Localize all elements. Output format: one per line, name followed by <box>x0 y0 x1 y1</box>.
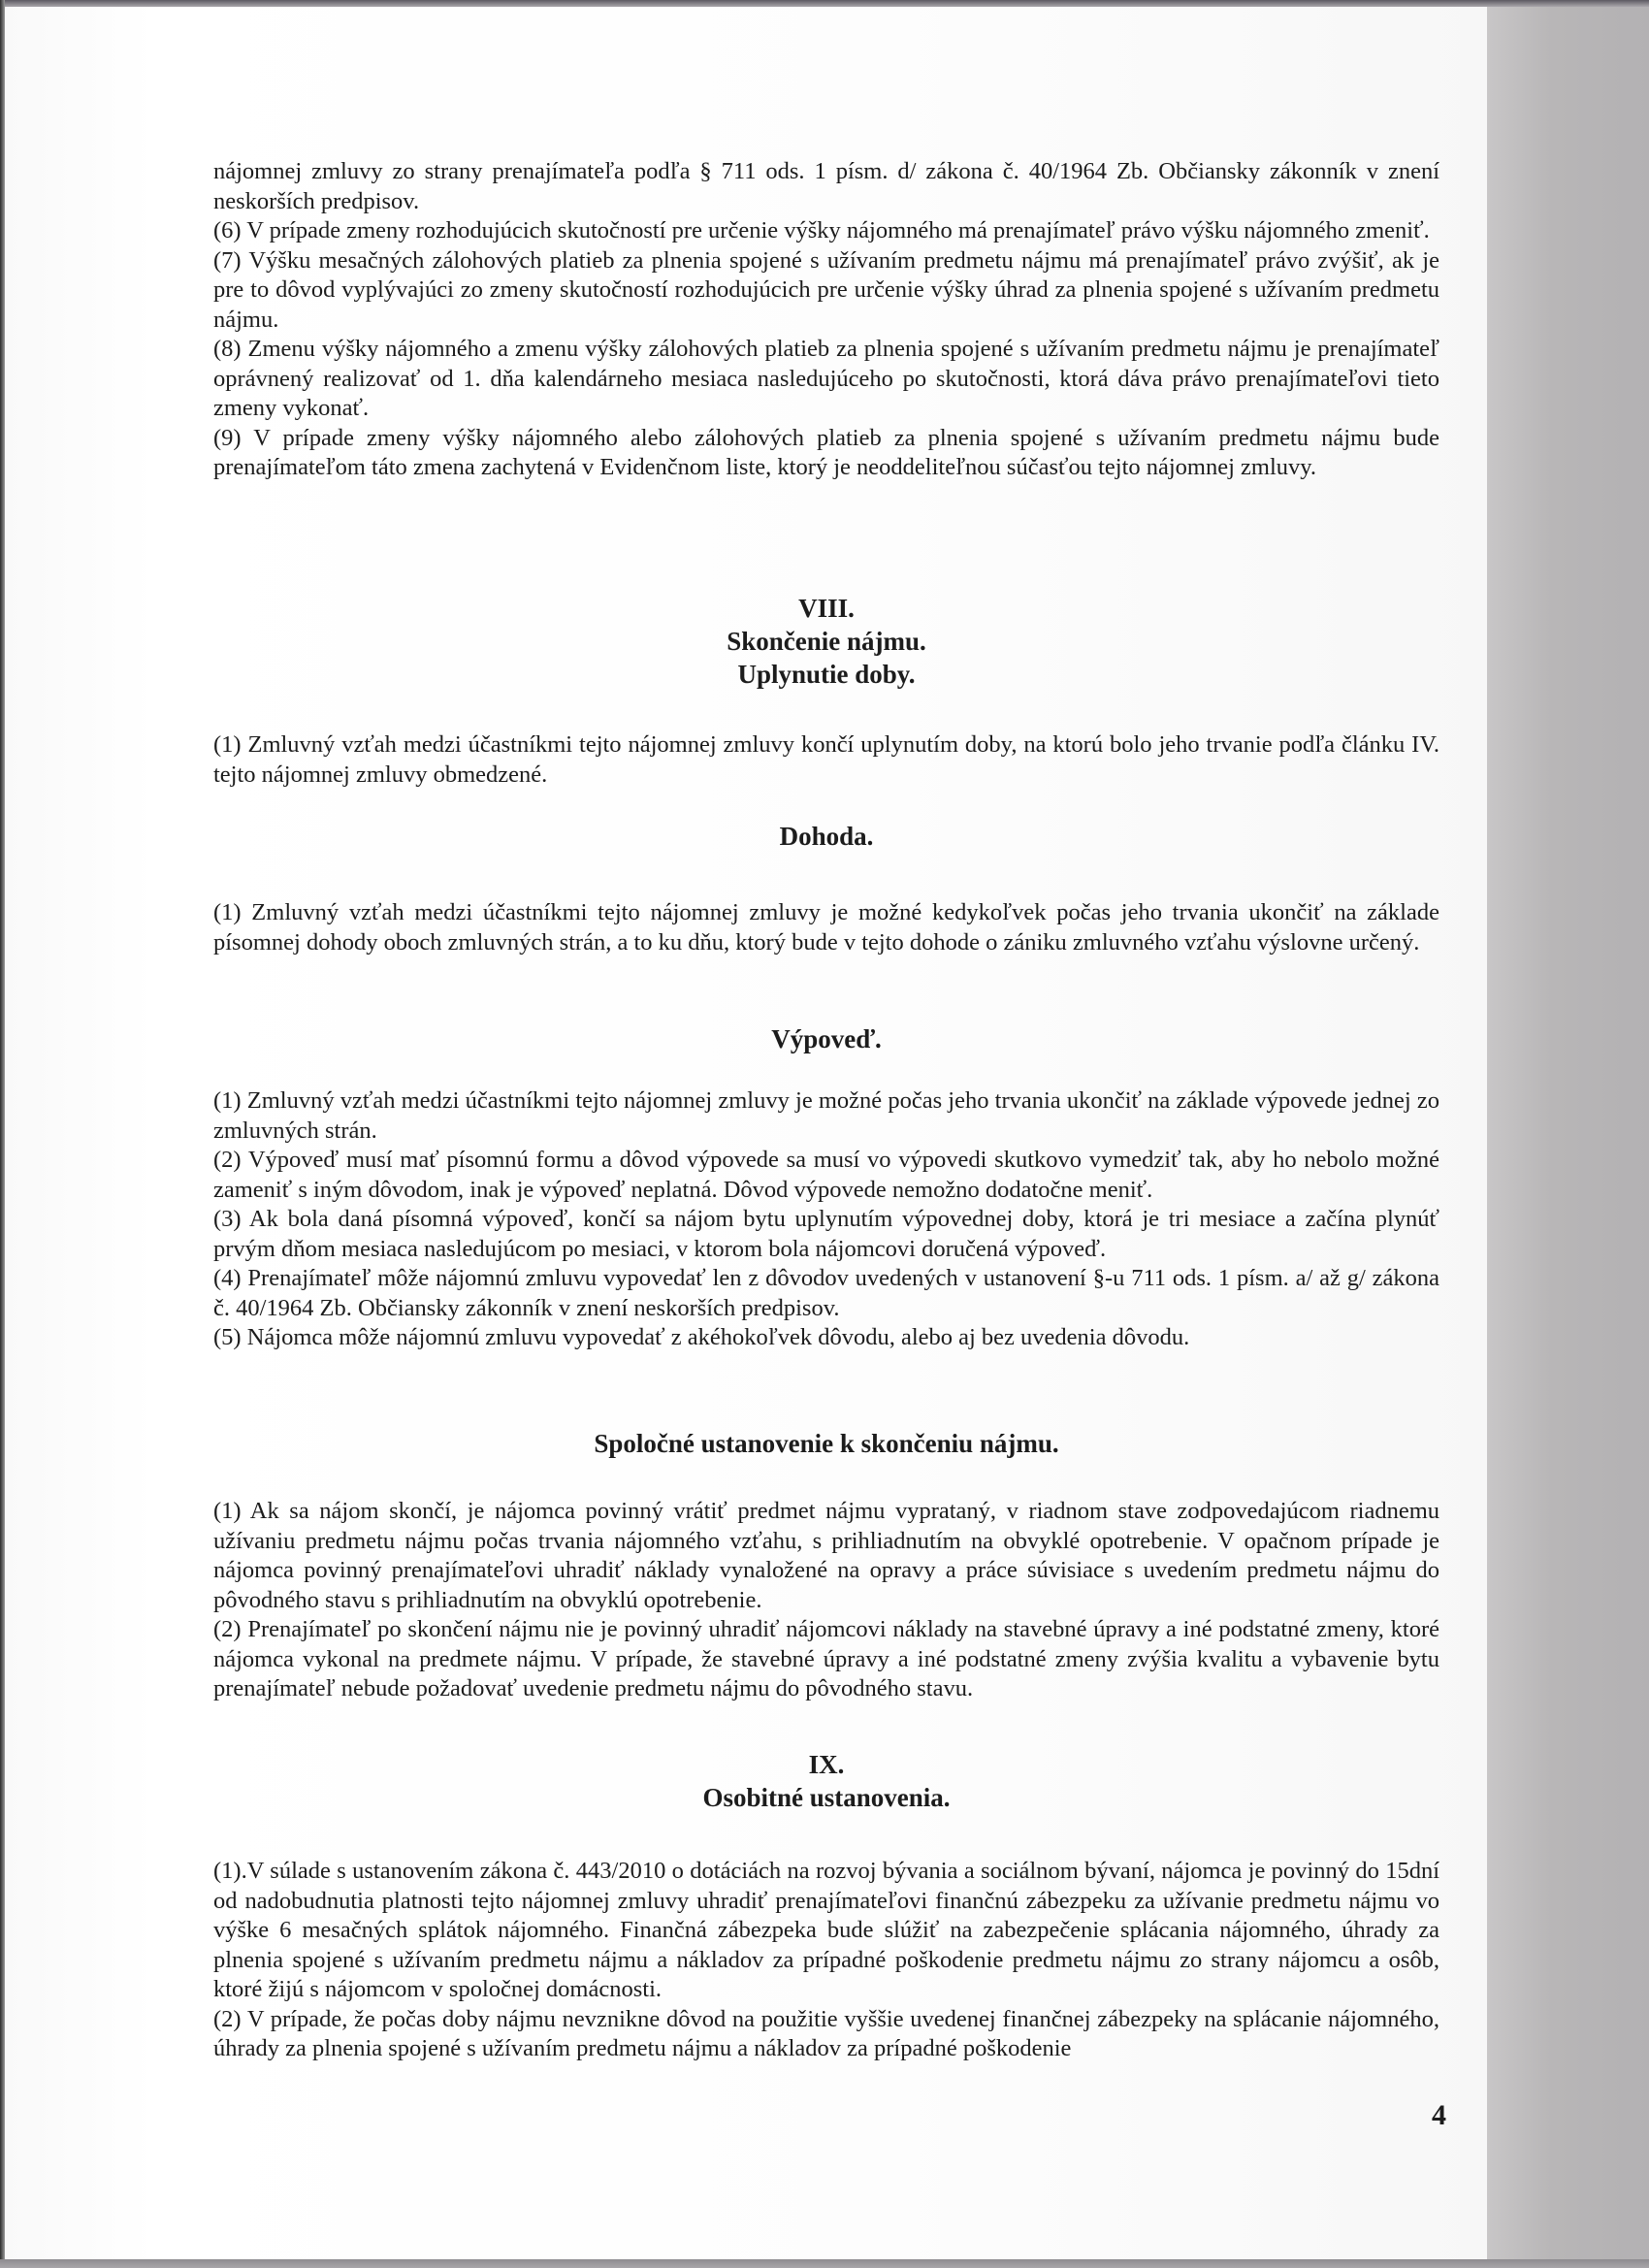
paragraph-8: (8) Zmenu výšky nájomného a zmenu výšky … <box>213 335 1439 424</box>
paragraph: nájomnej zmluvy zo strany prenajímateľa … <box>213 157 1439 216</box>
section-heading-spolocne: Spoločné ustanovenie k skončeniu nájmu. <box>213 1427 1439 1460</box>
article-number: IX. <box>213 1748 1439 1781</box>
article-vii-continuation: nájomnej zmluvy zo strany prenajímateľa … <box>213 157 1439 483</box>
paragraph-1: (1) Zmluvný vzťah medzi účastníkmi tejto… <box>213 730 1439 790</box>
paragraph-2: (2) Výpoveď musí mať písomnú formu a dôv… <box>213 1146 1439 1205</box>
paragraph-3: (3) Ak bola daná písomná výpoveď, končí … <box>213 1205 1439 1264</box>
article-title: Osobitné ustanovenia. <box>213 1781 1439 1814</box>
paragraph-1: (1) Zmluvný vzťah medzi účastníkmi tejto… <box>213 898 1439 957</box>
paragraph-1: (1) Ak sa nájom skončí, je nájomca povin… <box>213 1497 1439 1615</box>
section-title: Spoločné ustanovenie k skončeniu nájmu. <box>213 1427 1439 1460</box>
paragraph-6: (6) V prípade zmeny rozhodujúcich skutoč… <box>213 216 1439 246</box>
section-dohoda: (1) Zmluvný vzťah medzi účastníkmi tejto… <box>213 898 1439 957</box>
scan-bottom-edge <box>0 2259 1649 2268</box>
article-title: Skončenie nájmu. <box>213 625 1439 658</box>
paragraph-1: (1) Zmluvný vzťah medzi účastníkmi tejto… <box>213 1086 1439 1146</box>
paragraph-2: (2) V prípade, že počas doby nájmu nevzn… <box>213 2005 1439 2064</box>
section-spolocne-ustanovenie: (1) Ak sa nájom skončí, je nájomca povin… <box>213 1497 1439 1704</box>
section-title-uplynutie: Uplynutie doby. <box>213 658 1439 691</box>
section-vypoved: (1) Zmluvný vzťah medzi účastníkmi tejto… <box>213 1086 1439 1353</box>
paragraph-1: (1).V súlade s ustanovením zákona č. 443… <box>213 1857 1439 2005</box>
article-viii-heading: VIII. Skončenie nájmu. Uplynutie doby. <box>213 592 1439 691</box>
paragraph-5: (5) Nájomca môže nájomnú zmluvu vypoveda… <box>213 1323 1439 1353</box>
section-heading-dohoda: Dohoda. <box>213 820 1439 853</box>
scanner-background-strip <box>1487 7 1649 2259</box>
section-uplynutie-doby: (1) Zmluvný vzťah medzi účastníkmi tejto… <box>213 730 1439 790</box>
section-title: Dohoda. <box>213 820 1439 853</box>
section-osobitne-ustanovenia: (1).V súlade s ustanovením zákona č. 443… <box>213 1857 1439 2064</box>
scan-top-edge <box>0 0 1649 7</box>
paragraph-2: (2) Prenajímateľ po skončení nájmu nie j… <box>213 1615 1439 1704</box>
article-ix-heading: IX. Osobitné ustanovenia. <box>213 1748 1439 1814</box>
section-heading-vypoved: Výpoveď. <box>213 1022 1439 1055</box>
paragraph-4: (4) Prenajímateľ môže nájomnú zmluvu vyp… <box>213 1264 1439 1323</box>
paragraph-7: (7) Výšku mesačných zálohových platieb z… <box>213 246 1439 336</box>
section-title: Výpoveď. <box>213 1022 1439 1055</box>
paragraph-9: (9) V prípade zmeny výšky nájomného aleb… <box>213 424 1439 483</box>
page-number: 4 <box>1432 2099 1446 2132</box>
article-number: VIII. <box>213 592 1439 625</box>
